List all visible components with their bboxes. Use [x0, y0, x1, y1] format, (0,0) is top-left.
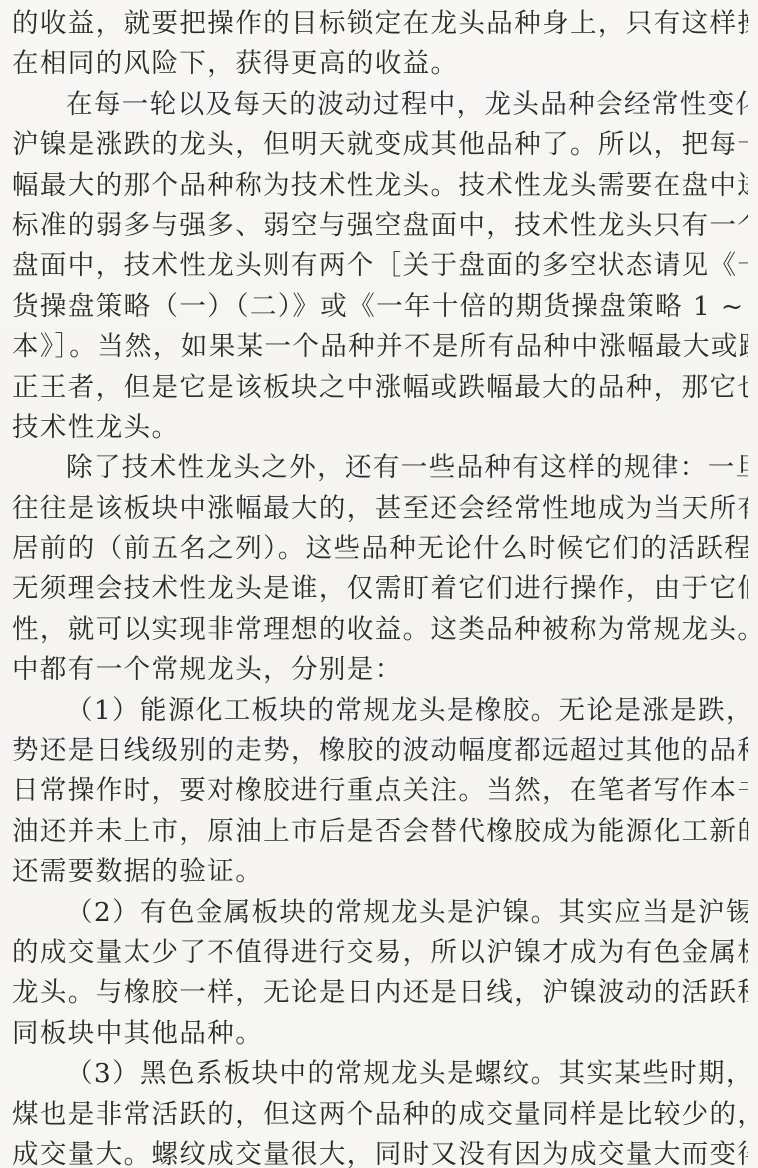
text-line: 中都有一个常规龙头，分别是：: [12, 650, 748, 690]
text-line: 的收益，就要把操作的目标锁定在龙头品种身上，只有这样操作，才可以: [12, 4, 748, 44]
text-line: 本》］。当然，如果某一个品种并不是所有品种中涨幅最大或跌幅最大的真: [12, 327, 748, 367]
text-line: 盘面中，技术性龙头则有两个［关于盘面的多空状态请见《一年十倍的期: [12, 246, 748, 286]
document-page: 的收益，就要把操作的目标锁定在龙头品种身上，只有这样操作，才可以 在相同的风险下…: [0, 0, 758, 1168]
text-line: 性，就可以实现非常理想的收益。这类品种被称为常规龙头。每一个板块: [12, 610, 748, 650]
text-line: 油还并未上市，原油上市后是否会替代橡胶成为能源化工新的常规龙头，: [12, 812, 748, 852]
text-line: 往往是该板块中涨幅最大的，甚至还会经常性地成为当天所有品种中涨幅: [12, 489, 748, 529]
text-line: 居前的（前五名之列）。这些品种无论什么时候它们的活跃程度都非常高，: [12, 529, 748, 569]
text-line: 技术性龙头。: [12, 408, 748, 448]
text-line: 货操盘策略（一）（二）》或《一年十倍的期货操盘策略 1 ~ 3 精华修订: [12, 287, 748, 327]
list-item-3-start: （3）黑色系板块中的常规龙头是螺纹。其实某些时期，焦炭或是动力: [12, 1054, 748, 1094]
list-item-2-start: （2）有色金属板块的常规龙头是沪镍。其实应当是沪锡，只不过沪锡: [12, 893, 748, 933]
text-line: 沪镍是涨跌的龙头，但明天就变成其他品种了。所以，把每一天涨幅或跌: [12, 125, 748, 165]
text-line: 还需要数据的验证。: [12, 852, 748, 892]
text-line: 无须理会技术性龙头是谁，仅需盯着它们进行操作，由于它们天生的活跃: [12, 569, 748, 609]
text-line: 煤也是非常活跃的，但这两个品种的成交量同样是比较少的，不如螺纹的: [12, 1095, 748, 1135]
text-line: 势还是日线级别的走势，橡胶的波动幅度都远超过其他的品种，因此，在: [12, 731, 748, 771]
text-line: 成交量大。螺纹成交量很大，同时又没有因为成交量大而变得呆滞，所: [12, 1135, 748, 1168]
paragraph-start-line: 在每一轮以及每天的波动过程中，龙头品种会经常性变化，可能今天: [12, 85, 748, 125]
text-line: 日常操作时，要对橡胶进行重点关注。当然，在笔者写作本书的时候，原: [12, 771, 748, 811]
text-line: 龙头。与橡胶一样，无论是日内还是日线，沪镍波动的活跃程度都远高于: [12, 973, 748, 1013]
paragraph-start-line: 除了技术性龙头之外，还有一些品种有这样的规律：一旦上涨，它们: [12, 448, 748, 488]
list-item-1-start: （1）能源化工板块的常规龙头是橡胶。无论是涨是跌，无论是日内走: [12, 691, 748, 731]
text-line: 正王者，但是它是该板块之中涨幅或跌幅最大的品种，那它也可以被视为: [12, 368, 748, 408]
text-line: 在相同的风险下，获得更高的收益。: [12, 44, 748, 84]
text-line: 标准的弱多与强多、弱空与强空盘面中，技术性龙头只有一个，而在分化: [12, 206, 748, 246]
text-line: 幅最大的那个品种称为技术性龙头。技术性龙头需要在盘中进行确定，在: [12, 166, 748, 206]
text-line: 的成交量太少了不值得进行交易，所以沪镍才成为有色金属板块中的常规: [12, 933, 748, 973]
text-line: 同板块中其他品种。: [12, 1014, 748, 1054]
